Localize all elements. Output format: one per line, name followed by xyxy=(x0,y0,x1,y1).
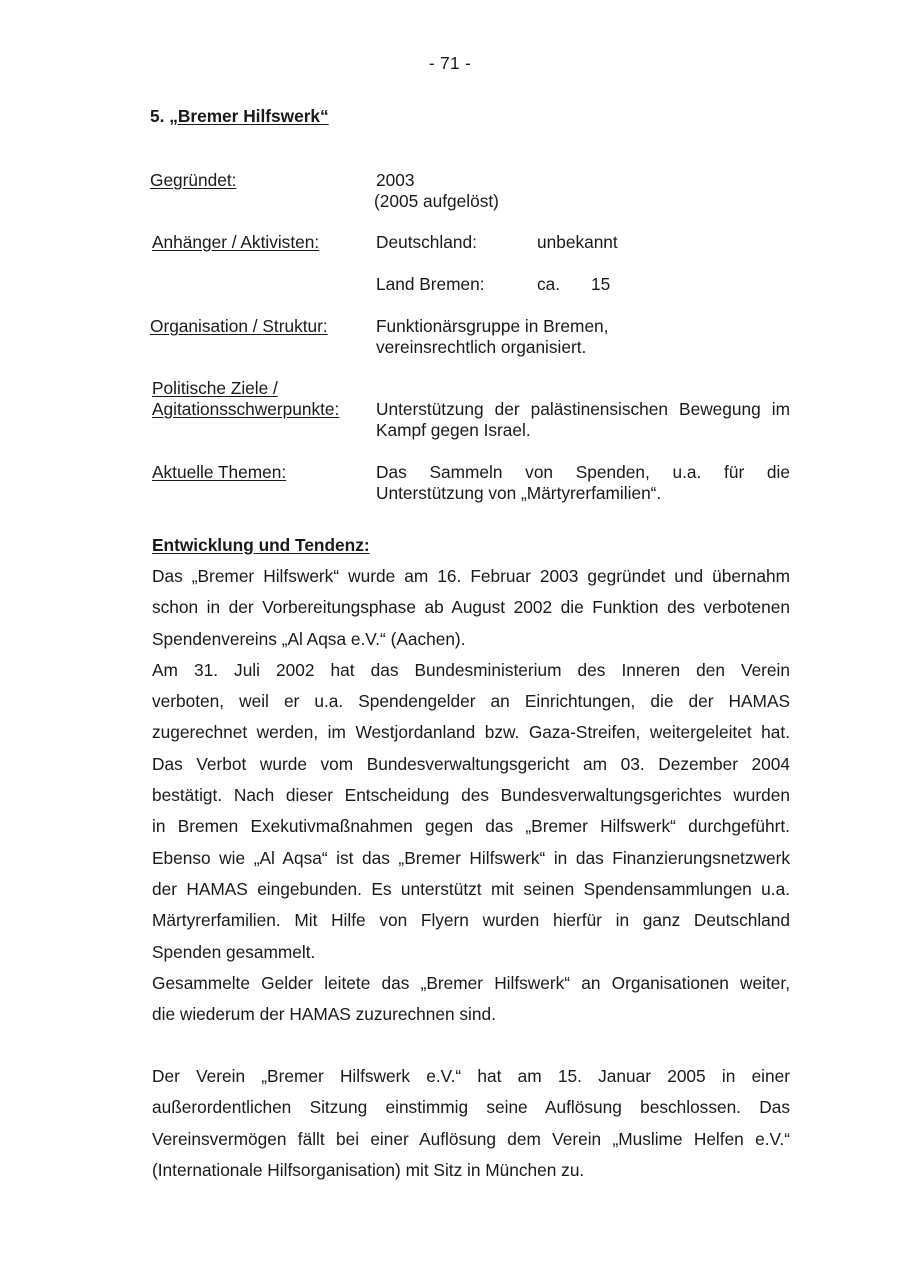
paragraph-line: (Internationale Hilfsorganisation) mit S… xyxy=(152,1155,790,1186)
topics-line: Unterstützung von „Märtyrerfamilien“. xyxy=(376,483,790,504)
fact-value-founded: 2003 (2005 aufgelöst) xyxy=(376,170,790,212)
paragraph-line: Spendenvereins „Al Aqsa e.V.“ (Aachen). xyxy=(152,624,790,655)
supporters-bremen-value: ca. xyxy=(537,274,560,295)
fact-value-goals: Unterstützung der palästinensischen Bewe… xyxy=(376,399,790,441)
fact-label-founded: Gegründet: xyxy=(150,170,236,191)
fact-label-supporters: Anhänger / Aktivisten: xyxy=(152,232,319,253)
organisation-line: Funktionärsgruppe in Bremen, xyxy=(376,316,790,337)
founded-year: 2003 xyxy=(376,170,790,191)
paragraph-line: zugerechnet werden, im Westjordanland bz… xyxy=(152,717,790,748)
paragraph-line: Der Verein „Bremer Hilfswerk e.V.“ hat a… xyxy=(152,1061,790,1092)
paragraph-line: Das „Bremer Hilfswerk“ wurde am 16. Febr… xyxy=(152,561,790,592)
paragraph-line: Vereinsvermögen fällt bei einer Auflösun… xyxy=(152,1124,790,1155)
paragraph-line: Gesammelte Gelder leitete das „Bremer Hi… xyxy=(152,968,790,999)
paragraph-line: schon in der Vorbereitungsphase ab Augus… xyxy=(152,592,790,623)
fact-value-topics: Das Sammeln von Spenden, u.a. für die Un… xyxy=(376,462,790,504)
fact-label-organisation: Organisation / Struktur: xyxy=(150,316,328,337)
goals-line: Unterstützung der palästinensischen Bewe… xyxy=(376,399,790,420)
paragraph-line: in Bremen Exekutivmaßnahmen gegen das „B… xyxy=(152,811,790,842)
section-title-text: „Bremer Hilfswerk“ xyxy=(169,106,328,126)
paragraph-line: Spenden gesammelt. xyxy=(152,937,790,968)
development-heading: Entwicklung und Tendenz: xyxy=(152,535,370,556)
fact-label-topics: Aktuelle Themen: xyxy=(152,462,286,483)
supporters-bremen-key: Land Bremen: xyxy=(376,274,485,295)
paragraph-line: der HAMAS eingebunden. Es unterstützt mi… xyxy=(152,874,790,905)
section-number: 5. xyxy=(150,106,164,126)
paragraph-line: Märtyrerfamilien. Mit Hilfe von Flyern w… xyxy=(152,905,790,936)
paragraph-line: Ebenso wie „Al Aqsa“ ist das „Bremer Hil… xyxy=(152,843,790,874)
dissolved-note: (2005 aufgelöst) xyxy=(374,191,790,212)
paragraph-line: die wiederum der HAMAS zuzurechnen sind. xyxy=(152,999,790,1030)
paragraph-line: außerordentlichen Sitzung einstimmig sei… xyxy=(152,1092,790,1123)
paragraph-line: verboten, weil er u.a. Spendengelder an … xyxy=(152,686,790,717)
development-paragraph-2: Der Verein „Bremer Hilfswerk e.V.“ hat a… xyxy=(152,1061,790,1186)
supporters-germany-key: Deutschland: xyxy=(376,232,477,253)
supporters-germany-value: unbekannt xyxy=(537,232,618,253)
development-paragraph-1: Das „Bremer Hilfswerk“ wurde am 16. Febr… xyxy=(152,561,790,1030)
fact-value-organisation: Funktionärsgruppe in Bremen, vereinsrech… xyxy=(376,316,790,358)
supporters-bremen-number: 15 xyxy=(591,274,610,295)
goals-line: Kampf gegen Israel. xyxy=(376,420,790,441)
section-title: 5. „Bremer Hilfswerk“ xyxy=(150,106,329,127)
paragraph-line: Am 31. Juli 2002 hat das Bundesministeri… xyxy=(152,655,790,686)
topics-line: Das Sammeln von Spenden, u.a. für die xyxy=(376,462,790,483)
paragraph-line: bestätigt. Nach dieser Entscheidung des … xyxy=(152,780,790,811)
paragraph-line: Das Verbot wurde vom Bundesverwaltungsge… xyxy=(152,749,790,780)
organisation-line: vereinsrechtlich organisiert. xyxy=(376,337,790,358)
page-number: - 71 - xyxy=(0,53,900,74)
fact-label-goals-1: Politische Ziele / xyxy=(152,378,278,399)
fact-label-goals-2: Agitationsschwerpunkte: xyxy=(152,399,339,420)
